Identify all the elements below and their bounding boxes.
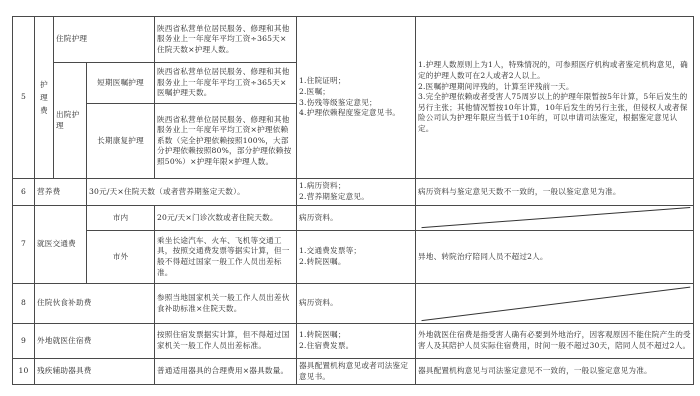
- evidence-cell: 1.病历资料； 2.营养期鉴定意见。: [297, 179, 416, 206]
- formula-cell: 按照住宿发票据实计算，但不得超过国家机关一般工作人员出差标准。: [155, 324, 297, 359]
- formula-cell: 普通适用器具的合理费用×器具数量。: [155, 359, 297, 385]
- item-name: 护理费: [35, 17, 54, 179]
- empty-diagonal-cell: [416, 206, 694, 231]
- formula-cell: 参照当地国家机关一般工作人员出差伙食补助标准×住院天数。: [155, 284, 297, 324]
- table-row-5a: 5 护理费 住院护理 陕西省私营单位居民服务、修理和其他服务业上一年度年平均工资…: [13, 17, 694, 63]
- row-number: 9: [13, 324, 35, 359]
- formula-cell: 乘坐长途汽车、火车、飞机等交通工具，按照交通费发票等据实计算，但一般不得超过国家…: [155, 231, 297, 284]
- table-row-9: 9 外地就医住宿费 按照住宿发票据实计算，但不得超过国家机关一般工作人员出差标准…: [13, 324, 694, 359]
- formula-cell: 陕西省私营单位居民服务、修理和其他服务业上一年度年平均工资÷365天×住院天数×…: [155, 17, 297, 63]
- row-number: 8: [13, 284, 35, 324]
- empty-diagonal-cell: [416, 284, 694, 324]
- sub-item-label: 长期康复护理: [87, 104, 155, 179]
- item-name: 外地就医住宿费: [35, 324, 155, 359]
- diagonal-line-icon: [416, 206, 693, 230]
- notes-cell: 1.护理人数原则上为1人，特殊情况的，可参照医疗机构或者鉴定机构意见，确定的护理…: [416, 17, 694, 179]
- sub-item-label: 市内: [87, 206, 155, 231]
- table-row-7b: 市外 乘坐长途汽车、火车、飞机等交通工具，按照交通费发票等据实计算，但一般不得超…: [13, 231, 694, 284]
- row-number: 7: [13, 206, 35, 284]
- item-name: 就医交通费: [35, 206, 87, 284]
- sub-item-label: 住院护理: [54, 17, 155, 63]
- notes-cell: 病历资料与鉴定意见天数不一致的，一般以鉴定意见为准。: [416, 179, 694, 206]
- evidence-cell: 1.转院医嘱； 2.住宿费发票。: [297, 324, 416, 359]
- table-row-8: 8 住院伙食补助费 参照当地国家机关一般工作人员出差伙食补助标准×住院天数。 病…: [13, 284, 694, 324]
- item-name: 营养费: [35, 179, 87, 206]
- evidence-cell: 器具配置机构意见或者司法鉴定意见书。: [297, 359, 416, 385]
- notes-cell: 外地就医住宿费是指受害人确有必要到外地治疗，因客观原因不能住院产生的受害人及其陪…: [416, 324, 694, 359]
- notes-cell: 器具配置机构意见与司法鉴定意见不一致的，一般以鉴定意见为准。: [416, 359, 694, 385]
- evidence-cell: 病历资料。: [297, 284, 416, 324]
- diagonal-line-icon: [416, 284, 693, 323]
- formula-cell: 陕西省私营单位居民服务、修理和其他服务业上一年度年平均工资×护理依赖系数（完全护…: [155, 104, 297, 179]
- sub-item-label: 短期医嘱护理: [87, 63, 155, 104]
- row-number: 5: [13, 17, 35, 179]
- evidence-cell: 1.交通费发票等； 2.转院医嘱。: [297, 231, 416, 284]
- notes-cell: 异地、转院治疗陪同人员不超过2人。: [416, 231, 694, 284]
- evidence-cell: 1.住院证明； 2.医嘱； 3.伤残等级鉴定意见； 4.护理依赖程度鉴定意见书。: [297, 17, 416, 179]
- sub-group-label: 出院护理: [54, 63, 87, 179]
- evidence-cell: 病历资料。: [297, 206, 416, 231]
- row-number: 10: [13, 359, 35, 385]
- row-number: 6: [13, 179, 35, 206]
- formula-cell: 30元/天×住院天数（或者营养期鉴定天数）。: [87, 179, 297, 206]
- formula-cell: 陕西省私营单位居民服务、修理和其他服务业上一年度年平均工资÷365天×医嘱护理天…: [155, 63, 297, 104]
- formula-cell: 20元/天×门诊次数或者住院天数。: [155, 206, 297, 231]
- compensation-standards-table: 5 护理费 住院护理 陕西省私营单位居民服务、修理和其他服务业上一年度年平均工资…: [12, 16, 693, 384]
- table-row-7a: 7 就医交通费 市内 20元/天×门诊次数或者住院天数。 病历资料。: [13, 206, 694, 231]
- item-name: 残疾辅助器具费: [35, 359, 155, 385]
- table-row-10: 10 残疾辅助器具费 普通适用器具的合理费用×器具数量。 器具配置机构意见或者司…: [13, 359, 694, 385]
- item-name: 住院伙食补助费: [35, 284, 155, 324]
- table-row-6: 6 营养费 30元/天×住院天数（或者营养期鉴定天数）。 1.病历资料； 2.营…: [13, 179, 694, 206]
- sub-item-label: 市外: [87, 231, 155, 284]
